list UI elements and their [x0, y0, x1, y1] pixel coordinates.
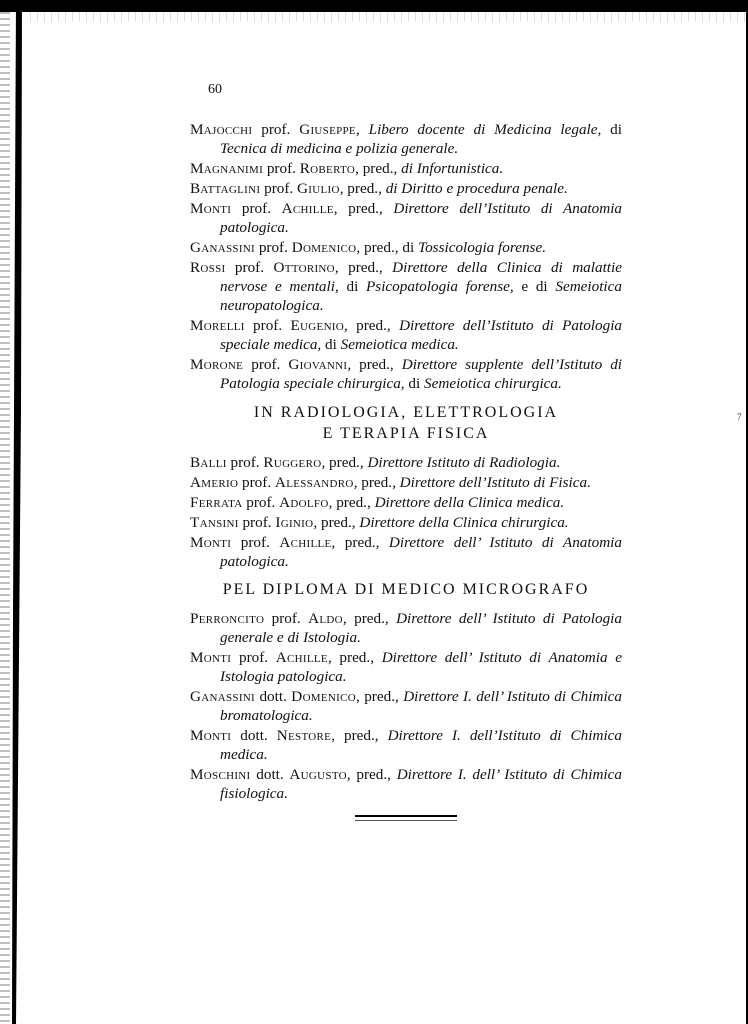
academic-title: prof.	[230, 454, 259, 471]
surname: Balli	[190, 454, 227, 471]
scan-left-edge	[0, 0, 10, 1024]
description-text: e di	[514, 278, 556, 295]
surname: Ganassini	[190, 688, 255, 705]
faculty-list-section-2: Balli prof. Ruggero, pred., Direttore Is…	[190, 453, 622, 571]
section-heading-radiologia: IN RADIOLOGIA, ELETTROLOGIA E TERAPIA FI…	[190, 402, 622, 444]
role-description: Tossicologia forense.	[418, 239, 546, 256]
role-description: Direttore della Clinica chirurgica.	[359, 514, 568, 531]
faculty-list-section-3: Perroncito prof. Aldo, pred., Direttore …	[190, 609, 622, 803]
surname: Moschini	[190, 766, 251, 783]
role-description: Libero docente di Medicina legale,	[369, 121, 602, 138]
first-name: Ruggero	[263, 454, 321, 471]
first-name: Giuseppe	[299, 121, 356, 138]
surname: Tansini	[190, 514, 239, 531]
surname: Perroncito	[190, 610, 264, 627]
role-description: Semeiotica chirurgica.	[424, 375, 562, 392]
surname: Morelli	[190, 317, 245, 334]
description-text: , pred.,	[354, 474, 400, 491]
first-name: Aldo	[308, 610, 343, 627]
faculty-entry: Tansini prof. Iginio, pred., Direttore d…	[190, 513, 622, 532]
first-name: Domenico	[291, 688, 356, 705]
role-description: Direttore della Clinica medica.	[375, 494, 565, 511]
first-name: Nestore	[277, 727, 331, 744]
description-text: di	[601, 121, 622, 138]
description-text: , pred.,	[344, 317, 399, 334]
faculty-entry: Rossi prof. Ottorino, pred., Direttore d…	[190, 258, 622, 315]
academic-title: prof.	[272, 610, 301, 627]
surname: Ganassini	[190, 239, 255, 256]
academic-title: prof.	[235, 259, 264, 276]
first-name: Achille	[276, 649, 328, 666]
page-content: Majocchi prof. Giuseppe, Libero docente …	[190, 120, 622, 821]
role-description: di Diritto e procedura penale.	[386, 180, 568, 197]
faculty-entry: Ganassini prof. Domenico, pred., di Toss…	[190, 238, 622, 257]
description-text: , pred.,	[347, 356, 401, 373]
academic-title: prof.	[251, 356, 280, 373]
description-text: di	[339, 278, 366, 295]
faculty-entry: Monti prof. Achille, pred., Direttore de…	[190, 648, 622, 686]
surname: Monti	[190, 534, 231, 551]
first-name: Domenico	[292, 239, 357, 256]
surname: Rossi	[190, 259, 225, 276]
academic-title: prof.	[239, 649, 268, 666]
first-name: Augusto	[289, 766, 346, 783]
description-text: , pred.,	[332, 534, 389, 551]
surname: Ferrata	[190, 494, 242, 511]
surname: Magnanimi	[190, 160, 263, 177]
description-text: , pred.,	[334, 200, 394, 217]
academic-title: prof.	[242, 200, 271, 217]
surname: Morone	[190, 356, 243, 373]
role-description: di Infortunistica.	[401, 160, 503, 177]
faculty-entry: Balli prof. Ruggero, pred., Direttore Is…	[190, 453, 622, 472]
surname: Battaglini	[190, 180, 260, 197]
first-name: Roberto	[300, 160, 355, 177]
role-description: Direttore dell’Istituto di Anatomia pato…	[220, 200, 622, 236]
faculty-entry: Magnanimi prof. Roberto, pred., di Infor…	[190, 159, 622, 178]
heading-line-1: IN RADIOLOGIA, ELETTROLOGIA	[190, 402, 622, 423]
description-text: , pred.,	[355, 160, 401, 177]
first-name: Achille	[282, 200, 334, 217]
role-description: Psicopatologia forense,	[366, 278, 514, 295]
faculty-entry: Perroncito prof. Aldo, pred., Direttore …	[190, 609, 622, 647]
faculty-entry: Ferrata prof. Adolfo, pred., Direttore d…	[190, 493, 622, 512]
surname: Monti	[190, 200, 231, 217]
scan-top-border	[0, 0, 748, 12]
description-text: , pred.,	[340, 180, 386, 197]
first-name: Iginio	[275, 514, 313, 531]
role-description: Tecnica di medicina e polizia generale.	[220, 140, 458, 157]
surname: Monti	[190, 649, 231, 666]
faculty-list-section-1: Majocchi prof. Giuseppe, Libero docente …	[190, 120, 622, 393]
heading-line-2: E TERAPIA FISICA	[190, 423, 622, 444]
description-text: , pred.,	[356, 688, 403, 705]
role-description: Direttore dell’Istituto di Fisica.	[400, 474, 591, 491]
surname: Majocchi	[190, 121, 252, 138]
faculty-entry: Morone prof. Giovanni, pred., Direttore …	[190, 355, 622, 393]
description-text: , pred.,	[343, 610, 396, 627]
academic-title: prof.	[242, 474, 271, 491]
scan-top-speckle	[30, 12, 748, 22]
academic-title: dott.	[259, 688, 286, 705]
surname: Amerio	[190, 474, 238, 491]
academic-title: prof.	[264, 180, 293, 197]
first-name: Adolfo	[279, 494, 328, 511]
academic-title: prof.	[246, 494, 275, 511]
page-number: 60	[208, 82, 222, 98]
surname: Monti	[190, 727, 231, 744]
faculty-entry: Majocchi prof. Giuseppe, Libero docente …	[190, 120, 622, 158]
description-text: , pred.,	[321, 454, 367, 471]
edge-mark: 7	[737, 412, 742, 422]
faculty-entry: Monti dott. Nestore, pred., Direttore I.…	[190, 726, 622, 764]
faculty-entry: Battaglini prof. Giulio, pred., di Dirit…	[190, 179, 622, 198]
description-text: , pred.,	[313, 514, 359, 531]
academic-title: prof.	[259, 239, 288, 256]
faculty-entry: Morelli prof. Eugenio, pred., Direttore …	[190, 316, 622, 354]
academic-title: dott.	[240, 727, 267, 744]
faculty-entry: Monti prof. Achille, pred., Direttore de…	[190, 533, 622, 571]
description-text: di	[321, 336, 340, 353]
academic-title: prof.	[241, 534, 270, 551]
academic-title: prof.	[267, 160, 296, 177]
description-text: , pred.,	[328, 649, 382, 666]
description-text: , pred.,	[335, 259, 392, 276]
faculty-entry: Amerio prof. Alessandro, pred., Direttor…	[190, 473, 622, 492]
faculty-entry: Monti prof. Achille, pred., Direttore de…	[190, 199, 622, 237]
section-heading-micrografo: PEL DIPLOMA DI MEDICO MICROGRAFO	[190, 579, 622, 600]
academic-title: prof.	[253, 317, 282, 334]
faculty-entry: Moschini dott. Augusto, pred., Direttore…	[190, 765, 622, 803]
role-description: Direttore Istituto di Radiologia.	[367, 454, 560, 471]
faculty-entry: Ganassini dott. Domenico, pred., Diretto…	[190, 687, 622, 725]
academic-title: prof.	[242, 514, 271, 531]
description-text: , pred.,	[329, 494, 375, 511]
description-text: , pred.,	[347, 766, 397, 783]
end-ornament-rule	[355, 815, 457, 821]
first-name: Alessandro	[275, 474, 354, 491]
description-text: ,	[356, 121, 369, 138]
first-name: Ottorino	[273, 259, 334, 276]
scan-binding-shadow	[12, 0, 22, 1024]
first-name: Giovanni	[288, 356, 347, 373]
description-text: , pred.,	[331, 727, 387, 744]
first-name: Achille	[279, 534, 331, 551]
first-name: Giulio	[297, 180, 340, 197]
academic-title: dott.	[256, 766, 283, 783]
first-name: Eugenio	[290, 317, 344, 334]
role-description: Semeiotica medica.	[341, 336, 459, 353]
description-text: di	[405, 375, 424, 392]
description-text: , pred., di	[356, 239, 418, 256]
academic-title: prof.	[261, 121, 290, 138]
